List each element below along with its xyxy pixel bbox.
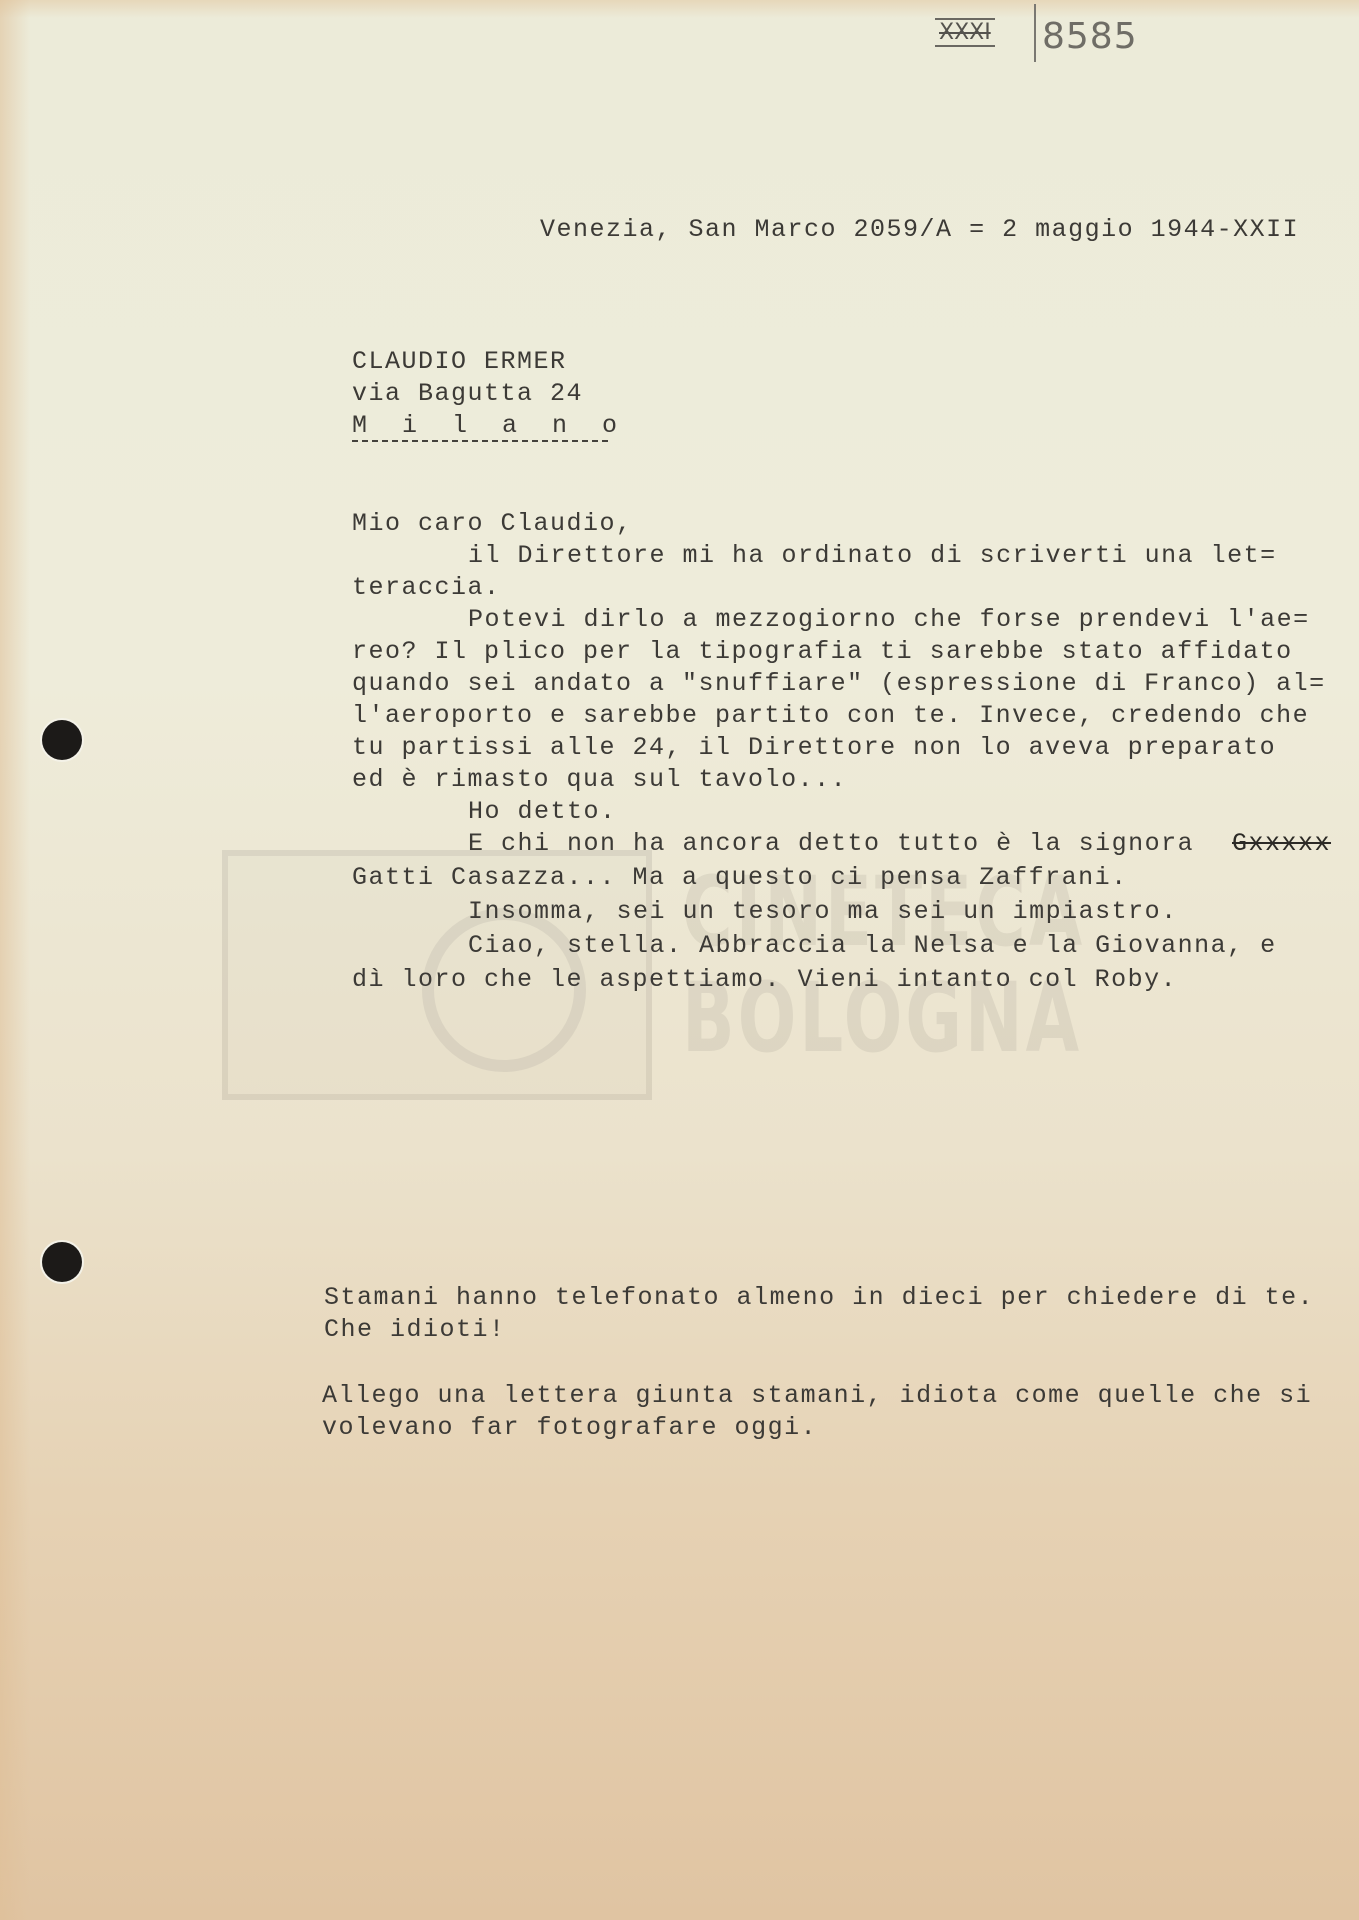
- paper-edge-top: [0, 0, 1359, 18]
- body-line: E chi non ha ancora detto tutto è la sig…: [468, 828, 1194, 860]
- recipient-city: M i l a n o: [352, 410, 627, 442]
- postscript-line: Stamani hanno telefonato almeno in dieci…: [324, 1282, 1314, 1314]
- body-line: tu partissi alle 24, il Direttore non lo…: [352, 732, 1276, 764]
- body-line: quando sei andato a "snuffiare" (espress…: [352, 668, 1326, 700]
- archive-roman-mark: XXXI: [935, 18, 995, 47]
- archive-separator: [1034, 4, 1036, 62]
- postscript-line: volevano far fotografare oggi.: [322, 1412, 817, 1444]
- body-line: il Direttore mi ha ordinato di scriverti…: [468, 540, 1277, 572]
- body-line: Insomma, sei un tesoro ma sei un impiast…: [468, 896, 1178, 928]
- body-line: Potevi dirlo a mezzogiorno che forse pre…: [468, 604, 1310, 636]
- city-underline: [352, 440, 608, 444]
- salutation: Mio caro Claudio,: [352, 508, 633, 540]
- body-line: Ho detto.: [468, 796, 617, 828]
- paper-edge-left: [0, 0, 30, 1920]
- recipient-name: CLAUDIO ERMER: [352, 346, 567, 378]
- punch-hole: [42, 1242, 82, 1282]
- recipient-street: via Bagutta 24: [352, 378, 583, 410]
- body-line: dì loro che le aspettiamo. Vieni intanto…: [352, 964, 1177, 996]
- body-line: reo? Il plico per la tipografia ti sareb…: [352, 636, 1293, 668]
- postscript-line: Allego una lettera giunta stamani, idiot…: [322, 1380, 1312, 1412]
- body-line: Gatti Casazza... Ma a questo ci pensa Za…: [352, 862, 1128, 894]
- punch-hole: [42, 720, 82, 760]
- postscript-line: Che idioti!: [324, 1314, 506, 1346]
- archive-number: 8585: [1042, 16, 1138, 57]
- body-line: ed è rimasto qua sul tavolo...: [352, 764, 847, 796]
- struck-word: Gxxxxx: [1232, 828, 1331, 860]
- body-line: teraccia.: [352, 572, 501, 604]
- body-line: l'aeroporto e sarebbe partito con te. In…: [352, 700, 1309, 732]
- date-line: Venezia, San Marco 2059/A = 2 maggio 194…: [540, 214, 1299, 246]
- body-line: Ciao, stella. Abbraccia la Nelsa e la Gi…: [468, 930, 1277, 962]
